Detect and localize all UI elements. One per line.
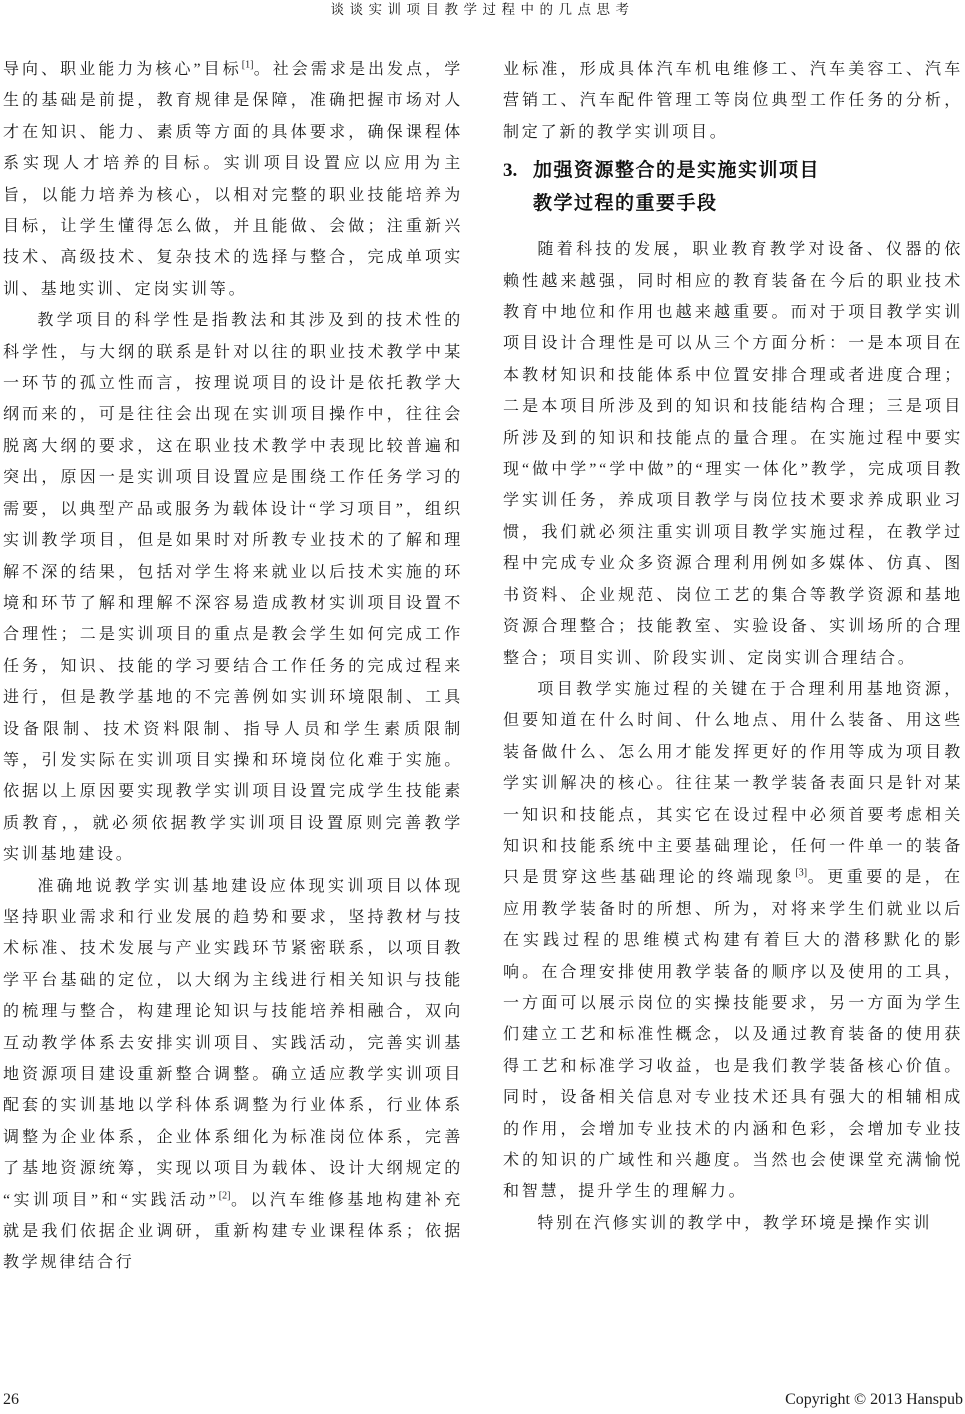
section-number: 3.	[503, 154, 533, 187]
body-paragraph: 导向、职业能力为核心”目标[1]。社会需求是出发点，学生的基础是前提，教育规律是…	[3, 54, 463, 305]
body-paragraph: 准确地说教学实训基地建设应体现实训项目以体现坚持职业需求和行业发展的趋势和要求，…	[3, 871, 463, 1279]
body-paragraph: 随着科技的发展，职业教育教学对设备、仪器的依赖性越来越强，同时相应的教育装备在今…	[503, 234, 963, 674]
section-heading-line: 教学过程的重要手段	[533, 187, 820, 220]
document-page: 谈谈实训项目教学过程中的几点思考 导向、职业能力为核心”目标[1]。社会需求是出…	[0, 0, 965, 1414]
right-column: 业标准，形成具体汽车机电维修工、汽车美容工、汽车营销工、汽车配件管理工等岗位典型…	[503, 54, 963, 1239]
copyright-notice: Copyright © 2013 Hanspub	[785, 1390, 963, 1410]
body-paragraph: 业标准，形成具体汽车机电维修工、汽车美容工、汽车营销工、汽车配件管理工等岗位典型…	[503, 54, 963, 148]
page-footer: 26 Copyright © 2013 Hanspub	[3, 1390, 963, 1410]
running-head-title: 谈谈实训项目教学过程中的几点思考	[0, 1, 965, 18]
body-paragraph: 教学项目的科学性是指教法和其涉及到的技术性的科学性，与大纲的联系是针对以往的职业…	[3, 305, 463, 870]
page-number: 26	[3, 1390, 19, 1410]
section-heading-line: 加强资源整合的是实施实训项目	[533, 154, 820, 187]
left-column: 导向、职业能力为核心”目标[1]。社会需求是出发点，学生的基础是前提，教育规律是…	[3, 54, 463, 1279]
body-paragraph: 特别在汽修实训的教学中，教学环境是操作实训	[503, 1208, 963, 1239]
section-heading: 3. 加强资源整合的是实施实训项目 教学过程的重要手段	[503, 154, 963, 220]
section-heading-text: 加强资源整合的是实施实训项目 教学过程的重要手段	[533, 154, 820, 220]
body-paragraph: 项目教学实施过程的关键在于合理利用基地资源，但要知道在什么时间、什么地点、用什么…	[503, 674, 963, 1208]
